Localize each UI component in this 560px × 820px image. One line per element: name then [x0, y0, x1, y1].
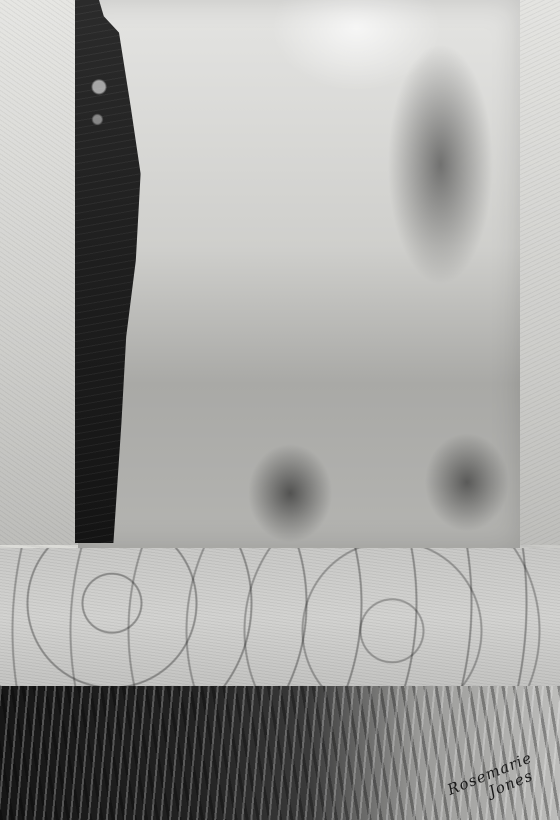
photo-collage-panel: [78, 0, 520, 548]
lace-texture-band: [0, 548, 560, 686]
artwork-canvas: Rosemarie Jones: [0, 0, 560, 820]
textured-background-right: [520, 0, 560, 545]
textured-background-left: [0, 0, 78, 545]
